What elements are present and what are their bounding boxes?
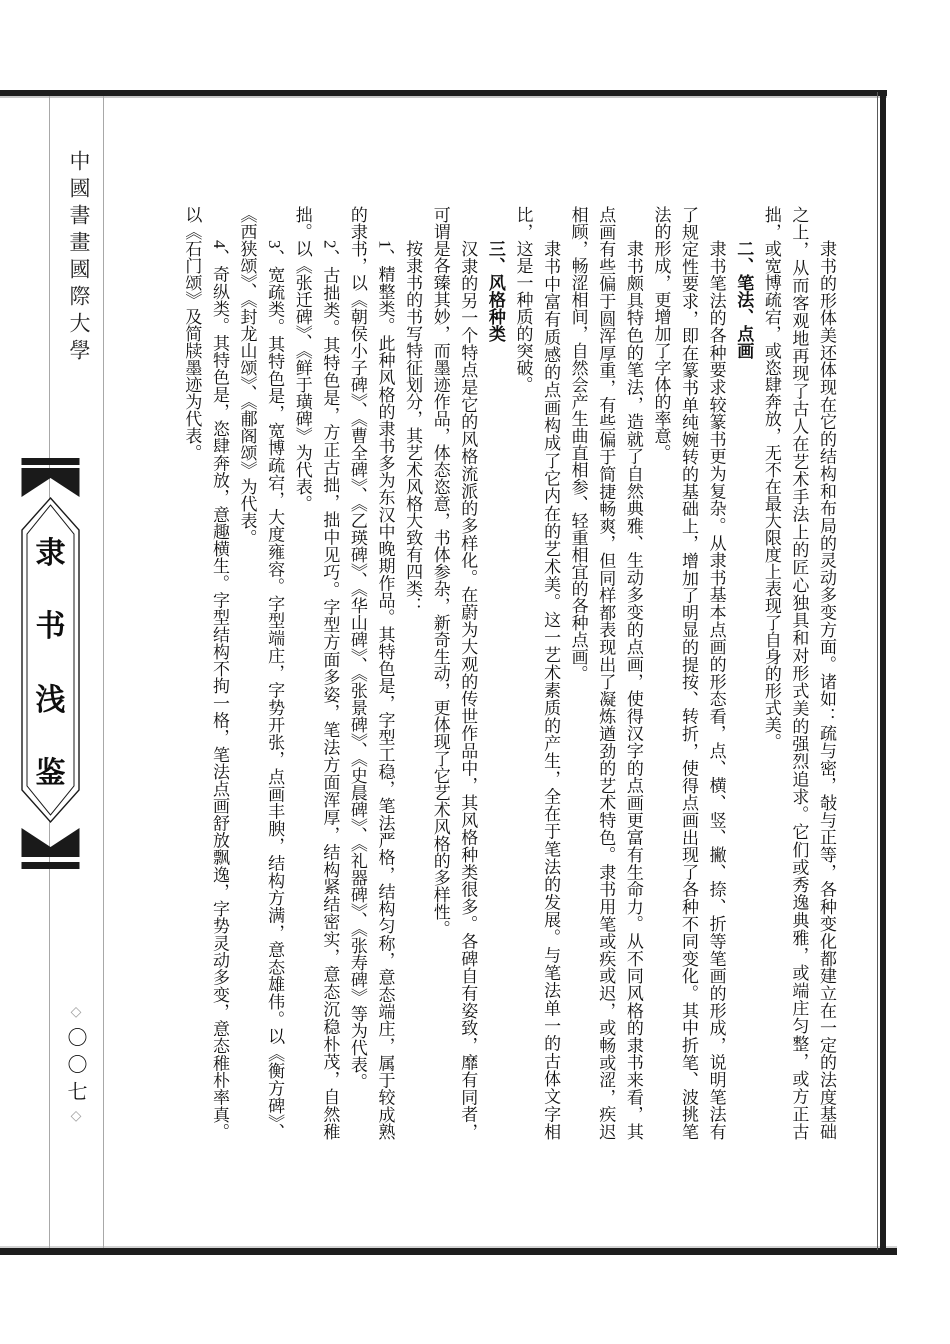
frame-right-border <box>880 90 886 1255</box>
spine-ornament: 隶 书 浅 鉴 <box>21 457 80 869</box>
paragraph: 隶书中富有质感的点画构成了它内在的艺术美。这一艺术素质的产生，全在于笔法的发展。… <box>509 206 564 1140</box>
frame-top-border <box>0 90 887 96</box>
paragraph: 4、奇纵类。其特色是，恣肆奔放，意趣横生。字型结构不拘一格，笔法点画舒放飘逸，字… <box>178 206 233 1140</box>
paragraph: 按隶书的书写特征划分，其艺术风格大致有四类： <box>399 206 427 1140</box>
section-heading: 二、笔法、点画 <box>730 206 758 1140</box>
spine-char: 书 <box>36 601 66 645</box>
frame-bottom-border <box>0 1248 897 1255</box>
book-spine-title: 隶 书 浅 鉴 <box>21 498 80 822</box>
diamond-ornament-bottom: ◇ <box>68 1108 83 1131</box>
spine-char: 鉴 <box>36 748 66 792</box>
diamond-ornament-top: ◇ <box>68 1004 83 1027</box>
paragraph: 汉隶的另一个特点是它的风格流派的多样化。在蔚为大观的传世作品中，其风格种类很多。… <box>426 206 481 1140</box>
spine-char: 隶 <box>36 528 66 572</box>
paragraph: 2、古拙类。其特色是，方正古拙，拙中见巧。字型方面多姿，笔法方面浑厚，结构紧结密… <box>288 206 343 1140</box>
section-heading: 三、风格种类 <box>481 206 509 1140</box>
sidebar-rule-right <box>103 96 104 1248</box>
paragraph: 隶书笔法的各种要求较篆书更为复杂。从隶书基本点画的形态看，点、横、竖、撇、捺、折… <box>647 206 730 1140</box>
paragraph: 1、精整类。此种风格的隶书多为东汉中晚期作品。其特色是，字型工稳，笔法严格，结构… <box>343 206 398 1140</box>
main-text: 隶书的形体美还体现在它的结构和布局的灵动多变方面。诸如：疏与密，敧与正等，各种变… <box>148 206 840 1140</box>
page-number-digits: 〇〇七 <box>64 1027 86 1108</box>
paragraph: 隶书颇具特色的笔法，造就了自然典雅、生动多变的点画，使得汉字的点画更富有生命力。… <box>564 206 647 1140</box>
paragraph: 隶书的形体美还体现在它的结构和布局的灵动多变方面。诸如：疏与密，敧与正等，各种变… <box>757 206 840 1140</box>
spine-char: 浅 <box>36 675 66 719</box>
book-page: 中國書畫國際大學 隶 书 浅 鉴 ◇〇〇七◇ 隶书的形体美还体现在它的结构和布局… <box>0 0 950 1344</box>
frame-right-inner-rule <box>877 92 878 1250</box>
institution-title: 中國書畫國際大學 <box>64 150 94 366</box>
page-number: ◇〇〇七◇ <box>61 1004 90 1131</box>
paragraph: 3、宽疏类。其特色是，宽博疏宕，大度雍容。字型端庄，字势开张，点画丰腴，结构方满… <box>233 206 288 1140</box>
